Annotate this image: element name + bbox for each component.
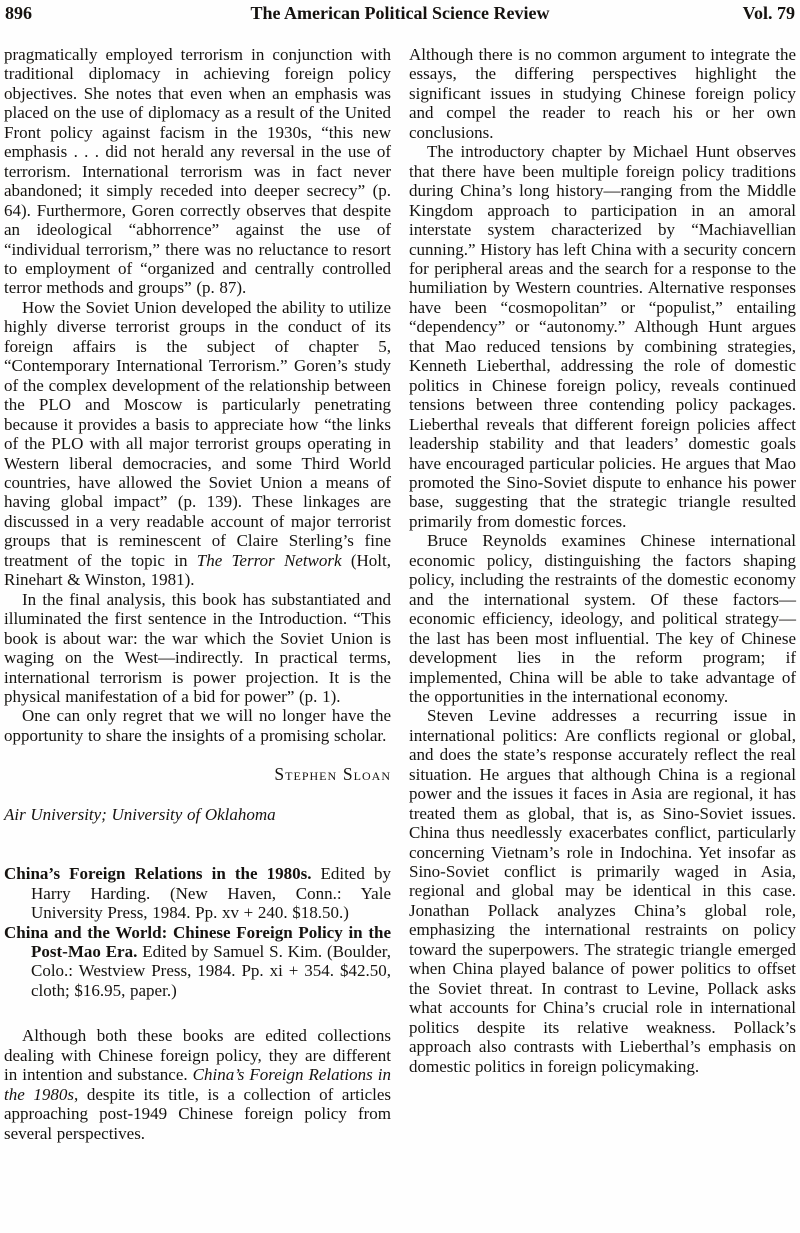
paragraph: pragmatically employed terrorism in conj… [4, 45, 391, 298]
review-body-end: pragmatically employed terrorism in conj… [4, 45, 391, 745]
paragraph: Although both these books are edited col… [4, 1026, 391, 1143]
body-text: Although there is no common argument to … [409, 45, 796, 142]
journal-page: 896 The American Political Science Revie… [0, 0, 800, 1233]
body-text: Bruce Reynolds examines Chinese internat… [409, 531, 796, 706]
paragraph: The introductory chapter by Michael Hunt… [409, 142, 796, 531]
reviewer-affiliation: Air University; University of Oklahoma [4, 805, 391, 824]
next-review-body-start: Although both these books are edited col… [4, 1026, 391, 1143]
right-column: Although there is no common argument to … [409, 45, 796, 1143]
book-citation: China’s Foreign Relations in the 1980s. … [4, 864, 391, 922]
body-text: How the Soviet Union developed the abili… [4, 298, 391, 570]
page-header: 896 The American Political Science Revie… [0, 0, 800, 26]
reviewer-signature: Stephen Sloan [4, 765, 391, 784]
body-text: In the final analysis, this book has sub… [4, 590, 391, 706]
paragraph: How the Soviet Union developed the abili… [4, 298, 391, 590]
book-citations: China’s Foreign Relations in the 1980s. … [4, 864, 391, 1000]
review-continuation: Although there is no common argument to … [409, 45, 796, 1076]
body-text: Steven Levine addresses a recurring issu… [409, 706, 796, 1075]
volume-number: Vol. 79 [743, 1, 795, 25]
bold-title-text: China’s Foreign Relations in the 1980s. [4, 864, 311, 883]
book-citation: China and the World: Chinese Foreign Pol… [4, 923, 391, 1001]
body-text: pragmatically employed terrorism in conj… [4, 45, 391, 297]
body-text: One can only regret that we will no long… [4, 706, 391, 744]
left-column: pragmatically employed terrorism in conj… [4, 45, 391, 1143]
paragraph: One can only regret that we will no long… [4, 706, 391, 745]
paragraph: Although there is no common argument to … [409, 45, 796, 142]
paragraph: Steven Levine addresses a recurring issu… [409, 706, 796, 1076]
paragraph: Bruce Reynolds examines Chinese internat… [409, 531, 796, 706]
journal-title: The American Political Science Review [0, 1, 800, 25]
two-column-layout: pragmatically employed terrorism in conj… [0, 45, 800, 1143]
italic-text: The Terror Network [197, 551, 342, 570]
body-text: The introductory chapter by Michael Hunt… [409, 142, 796, 531]
paragraph: In the final analysis, this book has sub… [4, 590, 391, 707]
